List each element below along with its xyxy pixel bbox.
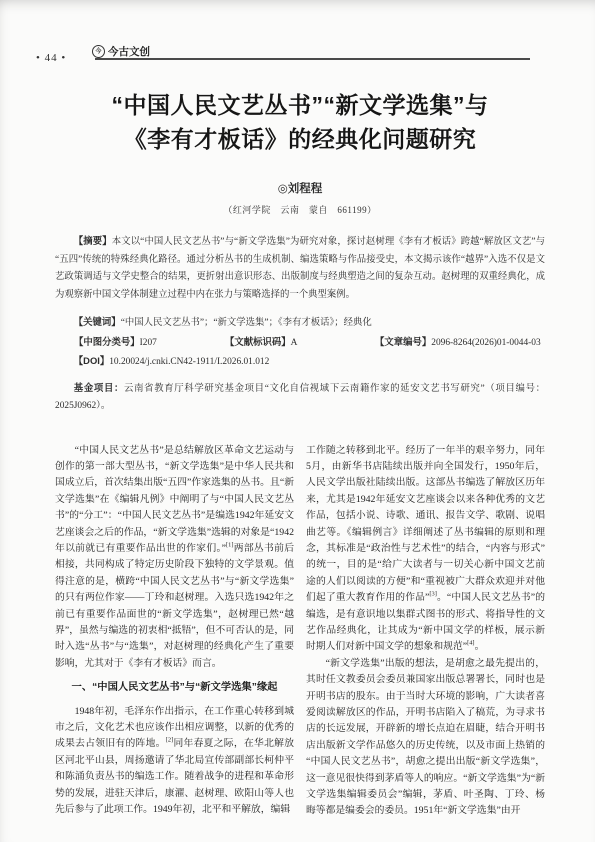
author-marker: ◎ <box>278 183 288 195</box>
article-title: “中国人民文艺丛书”“新文学选集”与 《李有才板话》的经典化问题研究 <box>55 88 545 156</box>
page-number: • 44 • <box>36 52 66 64</box>
abstract-label: 【摘要】 <box>74 235 112 246</box>
body-paragraph: 1948年初，毛泽东作出指示，在工作重心转移到城市之后，文化艺术也应该作出相应调… <box>55 704 294 819</box>
keywords-label: 【关键词】 <box>74 316 121 327</box>
fund-text: 云南省教育厅科学研究基金项目“文化自信视域下云南籍作家的延安文艺书写研究”（项目… <box>55 384 545 412</box>
doi: 【DOI】10.20024/j.cnki.CN42-1911/I.2026.01… <box>55 352 545 372</box>
keywords: 【关键词】“中国人民文艺丛书”；“新文学选集”；《李有才板话》；经典化 <box>55 313 545 333</box>
article-title-line1: “中国人民文艺丛书”“新文学选集”与 <box>112 92 489 118</box>
page-header: • 44 • 今 今古文创 <box>0 44 595 64</box>
article-id-value: 2096-8264(2026)01-0044-03 <box>431 338 540 348</box>
body-paragraph: 工作随之转移到北平。经历了一年半的艰辛努力，同年5月，由新华书店陆续出版并向全国… <box>306 443 545 656</box>
body-column-right: 工作随之转移到北平。经历了一年半的艰辛努力，同年5月，由新华书店陆续出版并向全国… <box>306 443 545 820</box>
citation-ref: [4] <box>467 640 474 647</box>
article-id-field: 【文章编号】2096-8264(2026)01-0044-03 <box>375 333 545 353</box>
author-line: ◎刘程程 <box>55 180 545 196</box>
abstract: 【摘要】本文以“中国人民文艺丛书”与“新文学选集”为研究对象，探讨赵树理《李有才… <box>55 232 545 304</box>
clc-label: 【中图分类号】 <box>74 336 140 347</box>
doc-code-value: A <box>291 338 298 348</box>
header-rule <box>95 58 530 60</box>
doi-label: 【DOI】 <box>74 355 109 366</box>
author-affiliation: （红河学院 云南 蒙自 661199） <box>55 203 545 216</box>
article-title-line2: 《李有才板话》的经典化问题研究 <box>124 126 477 152</box>
body-column-left: “中国人民文艺丛书”是总结解放区革命文艺运动与创作的第一部大型丛书，“新文学选集… <box>55 443 294 820</box>
article-content: “中国人民文艺丛书”“新文学选集”与 《李有才板话》的经典化问题研究 ◎刘程程 … <box>55 88 545 820</box>
journal-page: { "header": { "page_number": "• 44 •", "… <box>0 0 595 842</box>
fund-note: 基金项目：云南省教育厅科学研究基金项目“文化自信视域下云南籍作家的延安文艺书写研… <box>55 379 545 416</box>
doc-code-label: 【文献标识码】 <box>225 336 291 347</box>
keywords-text: “中国人民文艺丛书”；“新文学选集”；《李有才板话》；经典化 <box>121 318 372 328</box>
citation-ref: [3] <box>429 591 436 598</box>
section-heading: 一、“中国人民文艺丛书”与“新文学选集”缘起 <box>55 680 294 696</box>
classification-row: 【中图分类号】I207 【文献标识码】A 【文章编号】2096-8264(202… <box>55 333 545 353</box>
fund-label: 基金项目： <box>74 382 124 393</box>
doi-value: 10.20024/j.cnki.CN42-1911/I.2026.01.012 <box>109 357 269 367</box>
body-paragraph: “新文学选集”出版的想法，是胡愈之最先提出的，其时任文教委员会委员兼国家出版总署… <box>306 656 545 820</box>
article-id-label: 【文章编号】 <box>375 336 431 347</box>
body-paragraph: “中国人民文艺丛书”是总结解放区革命文艺运动与创作的第一部大型丛书，“新文学选集… <box>55 443 294 673</box>
clc-value: I207 <box>140 338 157 348</box>
article-meta: 【摘要】本文以“中国人民文艺丛书”与“新文学选集”为研究对象，探讨赵树理《李有才… <box>55 232 545 416</box>
journal-name: 今古文创 <box>108 44 150 59</box>
author-name: 刘程程 <box>288 183 323 195</box>
citation-ref: [1] <box>226 542 233 549</box>
citation-ref: [2] <box>166 737 173 744</box>
abstract-text: 本文以“中国人民文艺丛书”与“新文学选集”为研究对象，探讨赵树理《李有才板话》跨… <box>55 237 545 300</box>
doc-code-field: 【文献标识码】A <box>225 333 375 353</box>
journal-logo-icon: 今 <box>92 45 105 58</box>
journal-brand: 今 今古文创 <box>92 44 150 59</box>
clc-field: 【中图分类号】I207 <box>55 333 225 353</box>
body-columns: “中国人民文艺丛书”是总结解放区革命文艺运动与创作的第一部大型丛书，“新文学选集… <box>55 443 545 820</box>
